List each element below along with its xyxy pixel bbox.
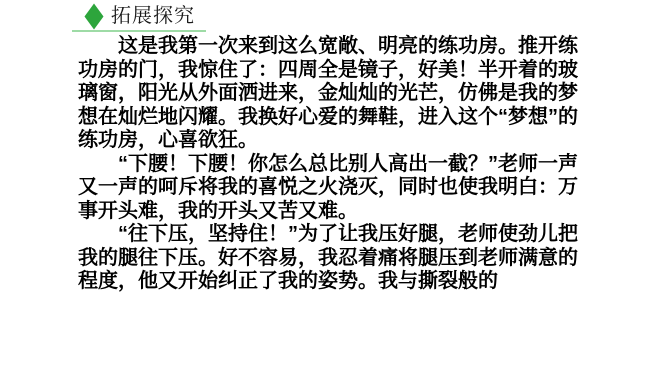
slide-header: 拓展探究: [84, 2, 195, 30]
paragraph-2: “下腰！下腰！你怎么总比别人高出一截？”老师一声又一声的呵斥将我的喜悦之火浇灭，…: [78, 153, 580, 224]
body-text-block: 这是我第一次来到这么宽敞、明亮的练功房。推开练功房的门，我惊住了：四周全是镜子，…: [78, 35, 580, 294]
diamond-bullet-icon: [84, 3, 104, 30]
presentation-slide: 拓展探究 这是我第一次来到这么宽敞、明亮的练功房。推开练功房的门，我惊住了：四周…: [0, 0, 668, 376]
slide-title: 拓展探究: [111, 2, 195, 30]
paragraph-1: 这是我第一次来到这么宽敞、明亮的练功房。推开练功房的门，我惊住了：四周全是镜子，…: [78, 35, 580, 153]
title-underline: [72, 30, 206, 32]
paragraph-3: “往下压，坚持住！”为了让我压好腿，老师使劲儿把我的腿往下压。好不容易，我忍着痛…: [78, 223, 580, 294]
